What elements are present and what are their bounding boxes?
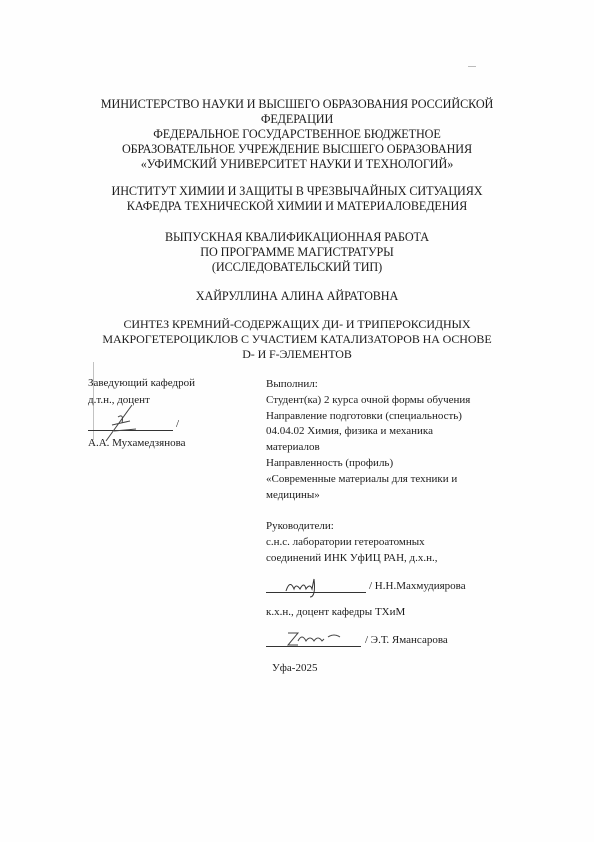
signature-slash: / (176, 416, 179, 433)
header-line: ФЕДЕРАЦИИ (60, 112, 534, 127)
hod-role: Заведующий кафедрой (88, 375, 208, 392)
header-line: ОБРАЗОВАТЕЛЬНОЕ УЧРЕЖДЕНИЕ ВЫСШЕГО ОБРАЗ… (60, 142, 534, 157)
header-line: «УФИМСКИЙ УНИВЕРСИТЕТ НАУКИ И ТЕХНОЛОГИЙ… (60, 157, 534, 172)
title-line: СИНТЕЗ КРЕМНИЙ-СОДЕРЖАЩИХ ДИ- И ТРИПЕРОК… (60, 317, 534, 332)
work-type-block: ВЫПУСКНАЯ КВАЛИФИКАЦИОННАЯ РАБОТА ПО ПРО… (60, 230, 534, 275)
header-line: МИНИСТЕРСТВО НАУКИ И ВЫСШЕГО ОБРАЗОВАНИЯ… (60, 97, 534, 112)
scan-artifact (468, 66, 476, 67)
supervisor2-signature-row: / Э.Т. Ямансарова (266, 621, 486, 651)
work-type-line: ВЫПУСКНАЯ КВАЛИФИКАЦИОННАЯ РАБОТА (60, 230, 534, 245)
performer-block: Выполнил: Студент(ка) 2 курса очной форм… (266, 377, 486, 651)
supervisor1-position: соединений ИНК УфИЦ РАН, д.х.н., (266, 551, 486, 567)
performer-line: Направление подготовки (специальность) (266, 409, 486, 425)
author-block: ХАЙРУЛЛИНА АЛИНА АЙРАТОВНА (60, 289, 534, 304)
signature-icon (284, 575, 324, 599)
performer-line: 04.04.02 Химия, физика и механика (266, 424, 486, 440)
signature-icon (102, 403, 142, 443)
thesis-title: СИНТЕЗ КРЕМНИЙ-СОДЕРЖАЩИХ ДИ- И ТРИПЕРОК… (60, 317, 534, 362)
work-type-line: (ИССЛЕДОВАТЕЛЬСКИЙ ТИП) (60, 260, 534, 275)
institute-name: ИНСТИТУТ ХИМИИ И ЗАЩИТЫ В ЧРЕЗВЫЧАЙНЫХ С… (60, 184, 534, 199)
title-page: МИНИСТЕРСТВО НАУКИ И ВЫСШЕГО ОБРАЗОВАНИЯ… (0, 0, 594, 842)
city-year: Уфа-2025 (272, 662, 317, 674)
performer-line: Студент(ка) 2 курса очной формы обучения (266, 393, 486, 409)
supervisors-label: Руководители: (266, 519, 486, 535)
performer-line: материалов (266, 440, 486, 456)
supervisor2-name: / Э.Т. Ямансарова (365, 633, 448, 649)
supervisor1-position: с.н.с. лаборатории гетероатомных (266, 535, 486, 551)
head-of-department: Заведующий кафедрой д.т.н., доцент / А.А… (88, 375, 208, 452)
performer-label: Выполнил: (266, 377, 486, 393)
work-type-line: ПО ПРОГРАММЕ МАГИСТРАТУРЫ (60, 245, 534, 260)
department-name: КАФЕДРА ТЕХНИЧЕСКОЙ ХИМИИ И МАТЕРИАЛОВЕД… (60, 199, 534, 214)
performer-line: «Современные материалы для техники и (266, 472, 486, 488)
hod-signature-row: / (88, 409, 208, 435)
title-line: МАКРОГЕТЕРОЦИКЛОВ С УЧАСТИЕМ КАТАЛИЗАТОР… (60, 332, 534, 347)
signature-icon (284, 627, 344, 651)
supervisor1-signature-row: / Н.Н.Махмудиярова (266, 567, 486, 597)
header-line: ФЕДЕРАЛЬНОЕ ГОСУДАРСТВЕННОЕ БЮДЖЕТНОЕ (60, 127, 534, 142)
ministry-header: МИНИСТЕРСТВО НАУКИ И ВЫСШЕГО ОБРАЗОВАНИЯ… (60, 97, 534, 172)
author-name: ХАЙРУЛЛИНА АЛИНА АЙРАТОВНА (60, 289, 534, 304)
supervisor1-name: / Н.Н.Махмудиярова (369, 579, 466, 595)
performer-line: Направленность (профиль) (266, 456, 486, 472)
institute-block: ИНСТИТУТ ХИМИИ И ЗАЩИТЫ В ЧРЕЗВЫЧАЙНЫХ С… (60, 184, 534, 214)
supervisor2-position: к.х.н., доцент кафедры ТХиМ (266, 605, 486, 621)
title-line: D- И F-ЭЛЕМЕНТОВ (60, 347, 534, 362)
performer-line: медицины» (266, 488, 486, 504)
